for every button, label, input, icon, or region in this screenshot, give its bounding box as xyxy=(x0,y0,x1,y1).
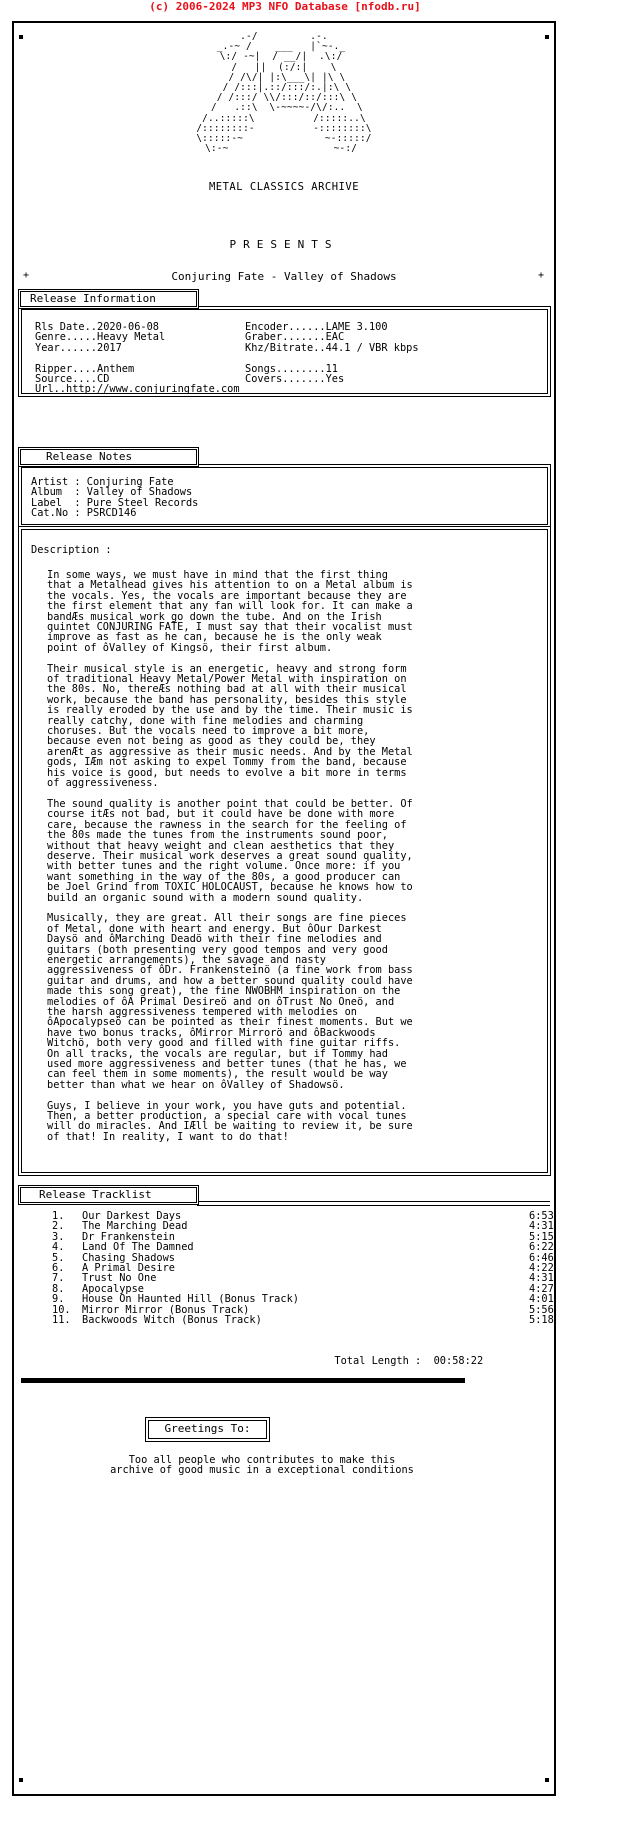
release-info-field: Year......2017 xyxy=(35,342,122,354)
release-meta-list: Artist : Conjuring Fate Album : Valley o… xyxy=(31,477,198,519)
release-information-box: Rls Date..2020-06-08Encoder......LAME 3.… xyxy=(18,306,551,397)
track-row: 5.Chasing Shadows6:46 xyxy=(52,1252,532,1262)
track-row: 7.Trust No One4:31 xyxy=(52,1272,532,1282)
tab-release-information: Release Information xyxy=(18,289,199,309)
release-title: Conjuring Fate - Valley of Shadows xyxy=(14,270,554,283)
total-length-label: Total Length : xyxy=(334,1355,421,1367)
track-row: 10.Mirror Mirror (Bonus Track)5:56 xyxy=(52,1304,532,1314)
corner-marker-icon xyxy=(545,1778,549,1782)
track-duration: 5:18 xyxy=(529,1314,554,1326)
tracklist-rule xyxy=(197,1201,550,1206)
track-number: 11. xyxy=(52,1314,71,1326)
greetings-text: Too all people who contributes to make t… xyxy=(12,1455,512,1476)
track-row: 8.Apocalypse4:27 xyxy=(52,1283,532,1293)
description-paragraph: Musically, they are great. All their son… xyxy=(47,913,537,1090)
track-row: 9.House On Haunted Hill (Bonus Track)4:0… xyxy=(52,1293,532,1303)
release-info-field: Covers.......Yes xyxy=(245,373,344,385)
description-label: Description : xyxy=(31,544,112,556)
presents-heading: PRESENTS xyxy=(14,238,554,251)
track-row: 11.Backwoods Witch (Bonus Track)5:18 xyxy=(52,1314,532,1324)
total-length-value: 00:58:22 xyxy=(434,1355,484,1367)
description-paragraph: Guys, I believe in your work, you have g… xyxy=(47,1101,537,1143)
description-paragraph: The sound quality is another point that … xyxy=(47,799,537,903)
corner-marker-icon xyxy=(19,1778,23,1782)
track-row: 4.Land Of The Damned6:22 xyxy=(52,1241,532,1251)
tab-release-notes: Release Notes xyxy=(18,447,199,467)
track-row: 1.Our Darkest Days6:53 xyxy=(52,1210,532,1220)
track-row: 2.The Marching Dead4:31 xyxy=(52,1220,532,1230)
total-length: Total Length : 00:58:22 xyxy=(322,1343,483,1367)
description-body: In some ways, we must have in mind that … xyxy=(47,570,537,1153)
release-title-line: + Conjuring Fate - Valley of Shadows + xyxy=(14,270,554,284)
track-row: 6.A Primal Desire4:22 xyxy=(52,1262,532,1272)
track-row: 3.Dr Frankenstein5:15 xyxy=(52,1231,532,1241)
plus-marker-icon: + xyxy=(538,270,544,281)
track-title: Backwoods Witch (Bonus Track) xyxy=(82,1314,262,1326)
description-paragraph: Their musical style is an energetic, hea… xyxy=(47,664,537,789)
tracklist: 1.Our Darkest Days6:532.The Marching Dea… xyxy=(52,1210,532,1324)
description-paragraph: In some ways, we must have in mind that … xyxy=(47,570,537,653)
section-divider xyxy=(21,1378,465,1383)
nfo-frame: .-/ .-. _.-~ / ___ |`~-._ \:/ -~| / __/|… xyxy=(12,21,556,1796)
release-info-field: Url..http://www.conjuringfate.com xyxy=(35,383,240,395)
ascii-art-logo: .-/ .-. _.-~ / ___ |`~-._ \:/ -~| / __/|… xyxy=(14,32,554,154)
tab-release-tracklist: Release Tracklist xyxy=(18,1185,199,1205)
release-info-field: Khz/Bitrate..44.1 / VBR kbps xyxy=(245,342,419,354)
release-notes-meta-box: Artist : Conjuring Fate Album : Valley o… xyxy=(18,464,551,528)
logo-title: METAL CLASSICS ARCHIVE xyxy=(14,181,554,193)
greetings-heading-box: Greetings To: xyxy=(145,1417,270,1442)
copyright-notice: (c) 2006-2024 MP3 NFO Database [nfodb.ru… xyxy=(0,1,570,13)
description-box: Description : In some ways, we must have… xyxy=(18,526,551,1176)
